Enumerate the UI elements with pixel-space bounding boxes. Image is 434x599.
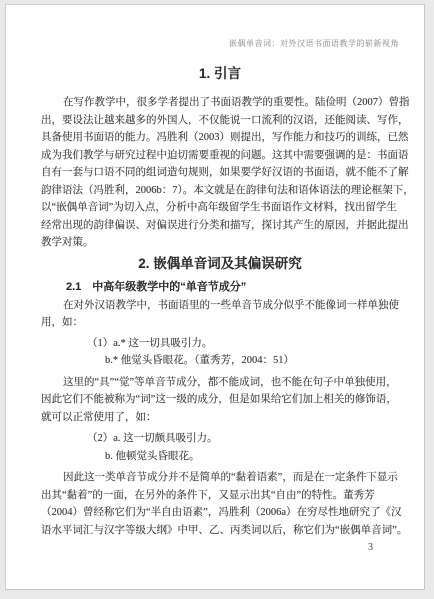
text-line: 教学对策。 bbox=[41, 234, 399, 252]
text-line: 经常出现的韵律偏误、对偏误进行分类和描写，探讨其产生的原因，并据此提出 bbox=[41, 217, 399, 235]
text-line: 因此它们不能被称为“词”这一级的成分，但是如果给它们加上相关的修饰语， bbox=[41, 391, 399, 409]
section-2-paragraph-1: 在对外汉语教学中，书面语里的一些单音节成分似乎不能像词一样单独使 用，如： bbox=[41, 297, 399, 332]
example-line-a: （2）a. 这一切颇具吸引力。 bbox=[41, 430, 399, 448]
text-line: 在写作教学中，很多学者提出了书面语教学的重要性。陆俭明（2007）曾指 bbox=[41, 94, 399, 112]
section-2-heading: 2. 嵌偶单音词及其偏误研究 bbox=[41, 254, 399, 274]
text-line: 因此这一类单音节成分并不是简单的“黏着语素”，而是在一定条件下显示 bbox=[41, 469, 399, 487]
text-line: 出，要设法让越来越多的外国人，不仅能说一口流利的汉语，还能阅读、写作， bbox=[41, 112, 399, 130]
text-line: 具备使用书面语的能力。冯胜利（2003）则提出，写作能力和技巧的训练，已然 bbox=[41, 129, 399, 147]
text-line: （2004）曾经称它们为“半自由语素”，冯胜利（2006a）在穷尽性地研究了《汉 bbox=[41, 504, 399, 522]
running-header: 嵌偶单音词：对外汉语书面语教学的崭新视角 bbox=[41, 39, 399, 49]
text-line: 出其“黏着”的一面，在另外的条件下，又显示出其“自由”的特性。董秀芳 bbox=[41, 487, 399, 505]
example-line-b: b. 他顿觉头昏眼花。 bbox=[41, 448, 399, 466]
section-2-1-subheading: 2.1 中高年级教学中的“单音节成分” bbox=[41, 279, 399, 295]
text-line: 这里的“具”“觉”等单音节成分，都不能成词，也不能在句子中单独使用， bbox=[41, 374, 399, 392]
example-1: （1）a.* 这一切具吸引力。 b.* 他觉头昏眼花。（董秀芳，2004：51） bbox=[41, 335, 399, 370]
text-line: 就可以正常使用了，如： bbox=[41, 409, 399, 427]
intro-paragraph: 在写作教学中，很多学者提出了书面语教学的重要性。陆俭明（2007）曾指 出，要设… bbox=[41, 94, 399, 252]
example-2: （2）a. 这一切颇具吸引力。 b. 他顿觉头昏眼花。 bbox=[41, 430, 399, 465]
text-line: 成为我们教学与研究过程中迫切需要重视的问题。这其中需要强调的是：书面语 bbox=[41, 147, 399, 165]
text-line: 用，如： bbox=[41, 314, 399, 332]
section-2-paragraph-2: 这里的“具”“觉”等单音节成分，都不能成词，也不能在句子中单独使用， 因此它们不… bbox=[41, 374, 399, 427]
text-line: 语水平词汇与汉字等级大纲》中甲、乙、丙类词以后，称它们为“嵌偶单音词”。 bbox=[41, 522, 399, 540]
text-line: 在对外汉语教学中，书面语里的一些单音节成分似乎不能像词一样单独使 bbox=[41, 297, 399, 315]
document-page: 嵌偶单音词：对外汉语书面语教学的崭新视角 1. 引言 在写作教学中，很多学者提出… bbox=[5, 4, 425, 590]
section-1-heading: 1. 引言 bbox=[41, 64, 399, 84]
example-line-b: b.* 他觉头昏眼花。（董秀芳，2004：51） bbox=[41, 352, 399, 370]
section-2-paragraph-3: 因此这一类单音节成分并不是简单的“黏着语素”，而是在一定条件下显示 出其“黏着”… bbox=[41, 469, 399, 539]
page-number: 3 bbox=[368, 542, 373, 553]
page-content: 嵌偶单音词：对外汉语书面语教学的崭新视角 1. 引言 在写作教学中，很多学者提出… bbox=[6, 5, 424, 539]
text-line: 韵律语法（冯胜利，2006b：7）。本文就是在韵律句法和语体语法的理论框架下， bbox=[41, 182, 399, 200]
example-line-a: （1）a.* 这一切具吸引力。 bbox=[41, 335, 399, 353]
text-line: 自有一套与口语不同的组词造句规则，如果要学好汉语的书面语，就不能不了解 bbox=[41, 164, 399, 182]
text-line: 以“嵌偶单音词”为切入点，分析中高年级留学生书面语作文材料，找出留学生 bbox=[41, 199, 399, 217]
